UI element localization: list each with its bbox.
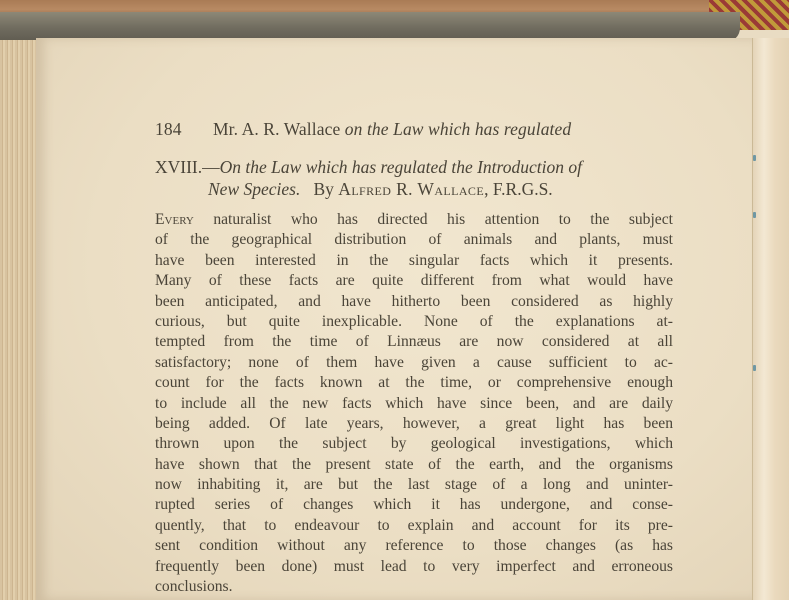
paragraph-line-text: naturalist who has directed his attentio… — [194, 211, 673, 228]
paragraph-line: sent condition without any reference to … — [155, 536, 673, 556]
paragraph-line: been anticipated, and have hitherto been… — [155, 292, 673, 312]
author-credentials: , F.R.G.S. — [484, 179, 553, 199]
paragraph-line: have shown that the present state of the… — [155, 455, 673, 475]
page-tab-marker — [753, 365, 756, 371]
paragraph-line: have been interested in the singular fac… — [155, 251, 673, 271]
paragraph-line: count for the facts known at the time, o… — [155, 373, 673, 393]
page-text: 184Mr. A. R. Wallace on the Law which ha… — [155, 112, 673, 597]
right-page-edge — [752, 38, 789, 600]
paragraph-line: thrown upon the subject by geological in… — [155, 434, 673, 454]
dropword: Every — [155, 211, 194, 228]
paragraph-line: of the geographical distribution of anim… — [155, 230, 673, 250]
running-head: 184Mr. A. R. Wallace on the Law which ha… — [155, 112, 673, 146]
paragraph-line: satisfactory; none of them have given a … — [155, 353, 673, 373]
paragraph-line: rupted series of changes which it has un… — [155, 495, 673, 515]
article-title-text-continued: New Species. — [208, 179, 300, 199]
article-numeral: XVIII.— — [155, 157, 220, 177]
paragraph-line: tempted from the time of Linnæus are now… — [155, 332, 673, 352]
page-tab-marker — [753, 212, 756, 218]
article-title-line-1: XVIII.—On the Law which has regulated th… — [155, 156, 673, 178]
byline-prefix: By — [313, 179, 333, 199]
paragraph-line: conclusions. — [155, 577, 673, 597]
paragraph-line: quently, that to endeavour to explain an… — [155, 516, 673, 536]
running-head-author: Mr. A. R. Wallace — [213, 119, 340, 139]
paragraph-line: frequently been done) must lead to very … — [155, 557, 673, 577]
running-head-title: on the Law which has regulated — [345, 119, 571, 139]
body-paragraph: Every naturalist who has directed his at… — [155, 210, 673, 597]
paragraph-line: now inhabiting it, are but the last stag… — [155, 475, 673, 495]
paragraph-line: being added. Of late years, however, a g… — [155, 414, 673, 434]
paragraph-line: to include all the new facts which have … — [155, 394, 673, 414]
article-title-text: On the Law which has regulated the Intro… — [220, 157, 582, 177]
paragraph-line: curious, but quite inexplicable. None of… — [155, 312, 673, 332]
paragraph-line: Many of these facts are quite different … — [155, 271, 673, 291]
page-number: 184 — [155, 112, 213, 146]
author-name: Alfred R. Wallace — [338, 179, 484, 199]
paragraph-line: Every naturalist who has directed his at… — [155, 210, 673, 230]
article-title: XVIII.—On the Law which has regulated th… — [155, 156, 673, 200]
article-title-line-2: New Species. By Alfred R. Wallace, F.R.G… — [155, 178, 673, 200]
page-tab-marker — [753, 155, 756, 161]
